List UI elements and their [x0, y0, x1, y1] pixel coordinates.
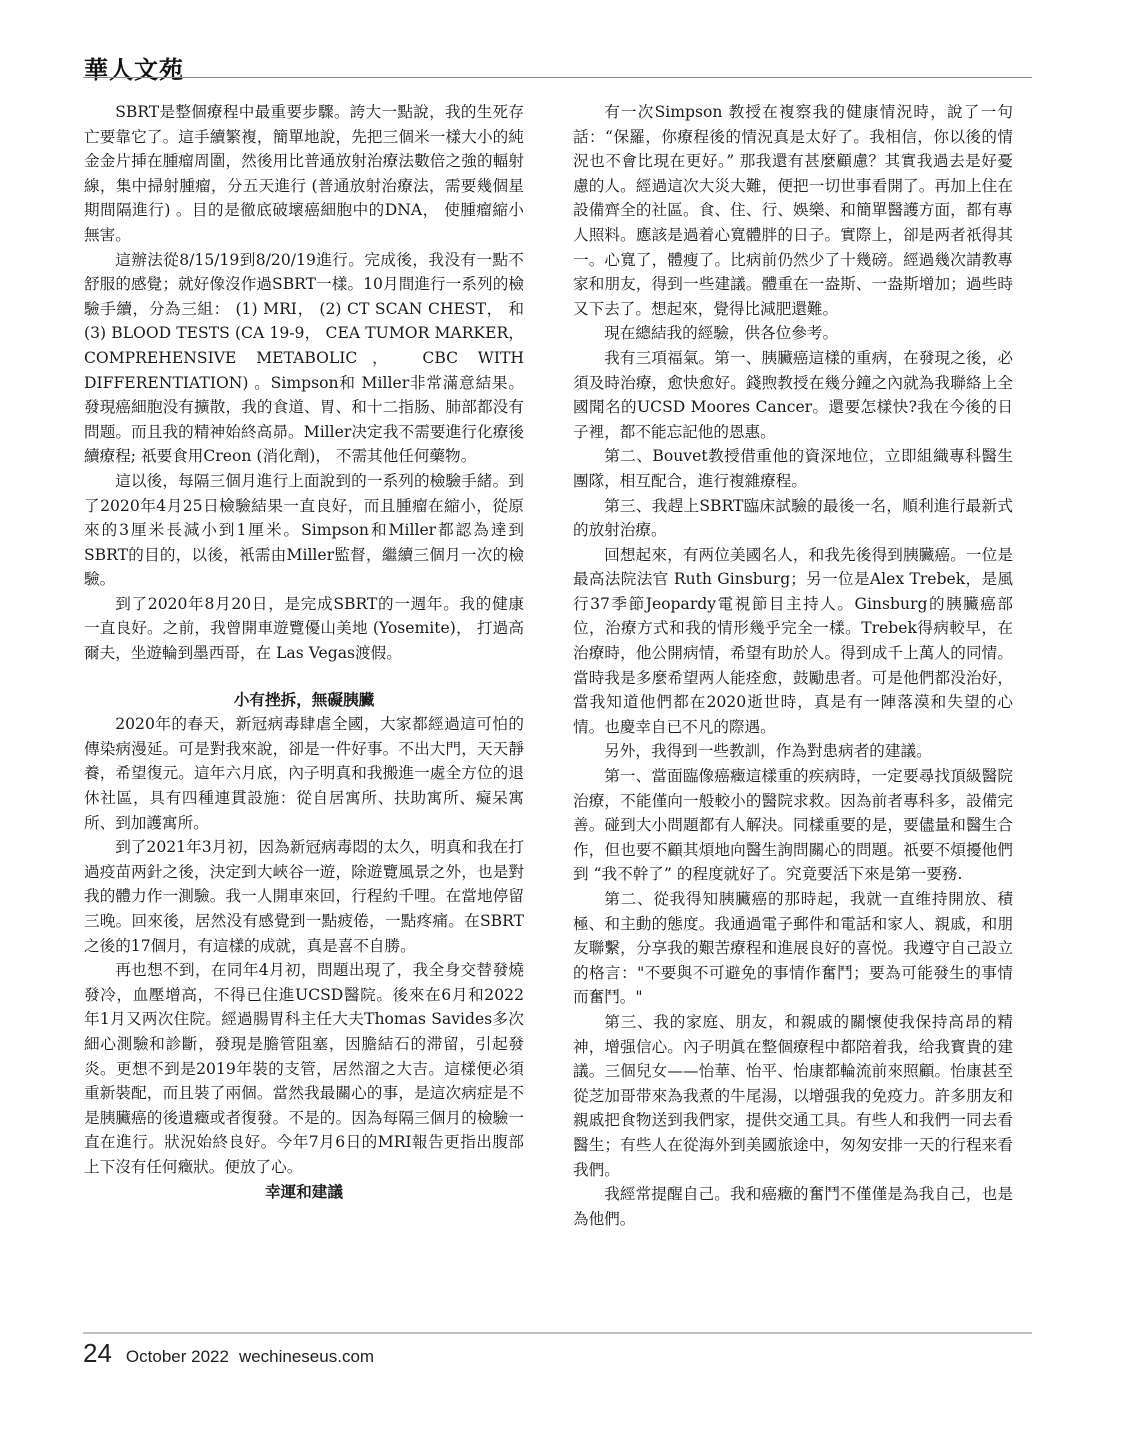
paragraph: 第三、我的家庭、朋友，和親戚的關懷使我保持高昂的精神，增强信心。內子明眞在整個療…	[573, 1010, 1013, 1182]
article-column-right: 有一次Simpson 教授在複察我的健康情況時，說了一句話：“保羅，你療程後的情…	[573, 100, 1013, 1231]
website-link: wechineseus.com	[239, 1347, 374, 1367]
subheading: 小有挫拆，無礙胰臟	[84, 688, 524, 713]
page-footer: 24 October 2022 wechineseus.com	[83, 1338, 374, 1369]
article-column-left: SBRT是整個療程中最重要步驟。誇大一點說，我的生死存亡要靠它了。這手續繁複，簡…	[84, 100, 524, 1204]
paragraph: 我有三項福氣。第一、胰臟癌這樣的重病，在發現之後，必須及時治療，愈快愈好。錢煦教…	[573, 346, 1013, 444]
paragraph: 這以後，每隔三個月進行上面說到的一系列的檢驗手緒。到了2020年4月25日檢驗結…	[84, 469, 524, 592]
footer-divider	[83, 1332, 1032, 1334]
paragraph: 第二、從我得知胰臟癌的那時起，我就一直维持開放、積極、和主動的態度。我通過電子郵…	[573, 887, 1013, 1010]
paragraph: 第二、Bouvet教授借重他的資深地位，立即組織專科醫生團隊，相互配合，進行複雜…	[573, 444, 1013, 493]
paragraph: 到了2021年3月初，因為新冠病毒悶的太久，明真和我在打過疫苗两針之後，決定到大…	[84, 835, 524, 958]
subheading: 幸運和建議	[84, 1180, 524, 1205]
paragraph: 有一次Simpson 教授在複察我的健康情況時，說了一句話：“保羅，你療程後的情…	[573, 100, 1013, 321]
page-number: 24	[83, 1338, 112, 1369]
issue-date: October 2022	[126, 1347, 229, 1367]
paragraph: 回想起來，有两位美國名人，和我先後得到胰臟癌。一位是最高法院法官 Ruth Gi…	[573, 543, 1013, 740]
paragraph: 2020年的春天，新冠病毒肆虐全國，大家都經過這可怕的傳染病漫延。可是對我來說，…	[84, 712, 524, 835]
paragraph: 另外，我得到一些教訓，作為對患病者的建議。	[573, 739, 1013, 764]
paragraph: 這辦法從8/15/19到8/20/19進行。完成後，我没有一點不舒服的感覺；就好…	[84, 248, 524, 469]
section-title: 華人文苑	[84, 50, 184, 85]
paragraph: 第三、我趕上SBRT臨床試驗的最後一名，順利進行最新式的放射治療。	[573, 494, 1013, 543]
paragraph: 到了2020年8月20日，是完成SBRT的一週年。我的健康一直良好。之前，我曾開…	[84, 592, 524, 666]
header-divider	[83, 77, 1032, 78]
paragraph: 第一、當面臨像癌癥這樣重的疾病時，一定要尋找頂級醫院治療，不能僅向一般較小的醫院…	[573, 764, 1013, 887]
paragraph: SBRT是整個療程中最重要步驟。誇大一點說，我的生死存亡要靠它了。這手續繁複，簡…	[84, 100, 524, 248]
paragraph: 我經常提醒自己。我和癌癥的奮鬥不僅僅是為我自己，也是為他們。	[573, 1182, 1013, 1231]
paragraph: 現在總結我的經驗，供各位參考。	[573, 321, 1013, 346]
paragraph: 再也想不到，在同年4月初，問題出現了，我全身交替發燒發冷，血壓增高，不得已住進U…	[84, 958, 524, 1179]
